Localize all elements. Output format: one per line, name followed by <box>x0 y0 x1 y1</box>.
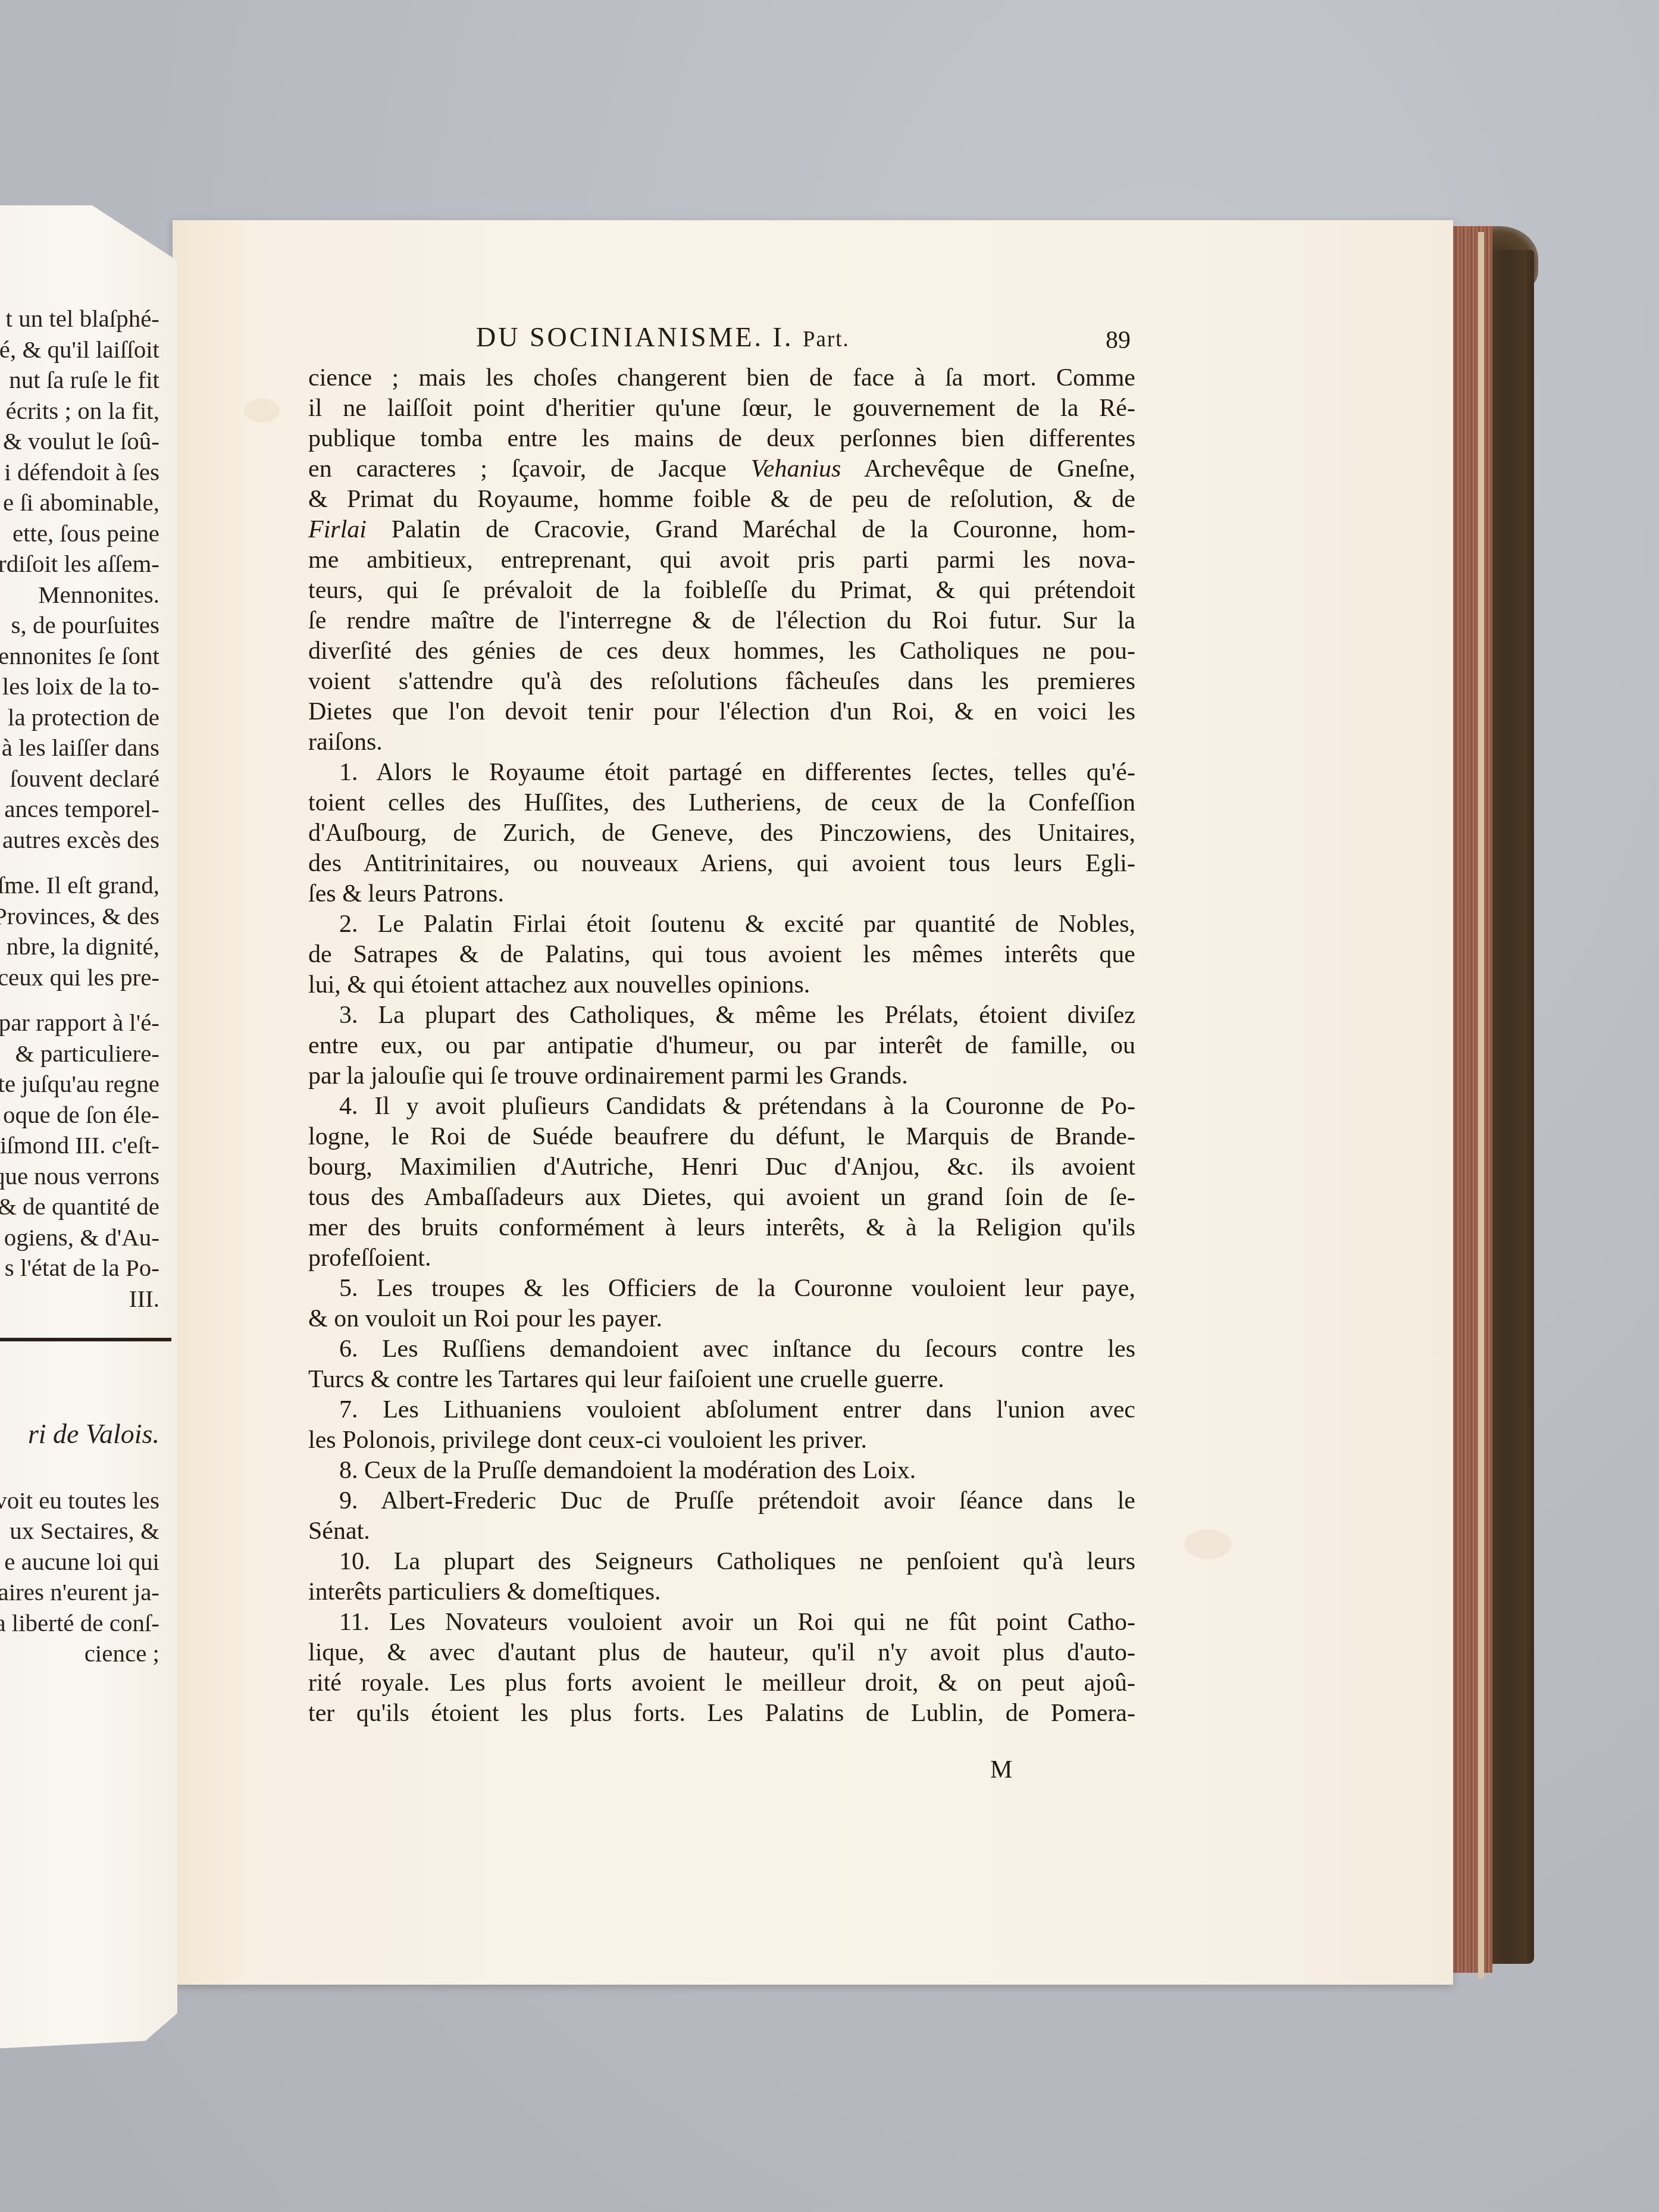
text-line: me ambitieux, entreprenant, qui avoit pr… <box>308 545 1135 575</box>
left-text-line: les loix de la to- <box>0 671 159 702</box>
left-text-line: la protection de <box>0 702 159 733</box>
text-line: & Primat du Royaume, homme foible & de p… <box>308 484 1135 515</box>
left-text-line: ogiens, & d'Au- <box>0 1222 159 1253</box>
left-text-line: & de quantité de <box>0 1191 159 1222</box>
text-line: ter qu'ils étoient les plus forts. Les P… <box>308 1698 1135 1729</box>
left-text-line: voit eu toutes les <box>0 1485 159 1516</box>
left-text-line: i défendoit à ſes <box>0 457 159 488</box>
left-page-text: t un tel blaſphé-é, & qu'il laiſſoitnut … <box>0 304 159 1669</box>
left-text-line: ux Sectaires, & <box>0 1516 159 1547</box>
text-line: tous des Ambaſſadeurs aux Dietes, qui av… <box>308 1182 1135 1213</box>
left-text-line: e aucune loi qui <box>0 1547 159 1578</box>
text-line: 5. Les troupes & les Officiers de la Cou… <box>308 1274 1135 1304</box>
left-text-line: ances temporel- <box>0 794 159 825</box>
body-text: cience ; mais les choſes changerent bien… <box>308 363 1135 1729</box>
book-binding <box>1488 250 1534 1964</box>
text-line: 4. Il y avoit pluſieurs Candidats & prét… <box>308 1091 1135 1122</box>
text-line: 9. Albert-Frederic Duc de Pruſſe prétend… <box>308 1486 1135 1516</box>
left-text-line: s écrits ; on la fit, <box>0 396 159 427</box>
left-text-line <box>0 855 159 870</box>
text-line: 3. La plupart des Catholiques, & même le… <box>308 1000 1135 1031</box>
left-text-line: que nous verrons <box>0 1161 159 1192</box>
left-text-line: & voulut le ſoû- <box>0 426 159 457</box>
text-line: 8. Ceux de la Pruſſe demandoient la modé… <box>308 1456 1135 1486</box>
text-line: ſe rendre maître de l'interregne & de l'… <box>308 606 1135 636</box>
text-line: par la jalouſie qui ſe trouve ordinairem… <box>308 1061 1135 1091</box>
left-text-line: & particuliere- <box>0 1038 159 1069</box>
text-line: de Satrapes & de Palatins, qui tous avoi… <box>308 940 1135 970</box>
text-line: raiſons. <box>308 727 1135 758</box>
text-line: Turcs & contre les Tartares qui leur fai… <box>308 1365 1135 1395</box>
text-line: lui, & qui étoient attachez aux nouvelle… <box>308 970 1135 1000</box>
text-line: 7. Les Lithuaniens vouloient abſolument … <box>308 1395 1135 1425</box>
left-text-line: é, & qu'il laiſſoit <box>0 334 159 365</box>
text-line: les Polonois, privilege dont ceux-ci vou… <box>308 1425 1135 1456</box>
left-text-line: t un tel blaſphé- <box>0 304 159 334</box>
left-text-line: la liberté de conſ- <box>0 1608 159 1639</box>
text-line: 10. La plupart des Seigneurs Catholiques… <box>308 1547 1135 1577</box>
text-line: il ne laiſſoit point d'heritier qu'une ſ… <box>308 393 1135 424</box>
left-text-line: Mennonites. <box>0 580 159 611</box>
left-text-line: ſme. Il eſt grand, <box>0 870 159 901</box>
italic-name: Firlai <box>308 516 367 543</box>
italic-name: Vehanius <box>751 455 841 483</box>
text-line: interêts particuliers & domeſtiques. <box>308 1577 1135 1607</box>
text-line: teurs, qui ſe prévaloit de la foibleſſe … <box>308 575 1135 606</box>
page-block-edges <box>1452 226 1492 1973</box>
text-line: Sénat. <box>308 1516 1135 1547</box>
text-line: bourg, Maximilien d'Autriche, Henri Duc … <box>308 1152 1135 1182</box>
text-line: toient celles des Huſſites, des Lutherie… <box>308 788 1135 818</box>
left-text-line: aires n'eurent ja- <box>0 1577 159 1608</box>
text-line: lique, & avec d'autant plus de hauteur, … <box>308 1638 1135 1668</box>
left-text-line: par rapport à l'é- <box>0 1008 159 1038</box>
text-line: des Antitrinitaires, ou nouveaux Ariens,… <box>308 849 1135 879</box>
text-line: publique tomba entre les mains de deux p… <box>308 424 1135 454</box>
text-line: Firlai Palatin de Cracovie, Grand Maréch… <box>308 515 1135 545</box>
text-line: profeſſoient. <box>308 1243 1135 1274</box>
left-text-line <box>0 993 159 1008</box>
text-line: cience ; mais les choſes changerent bien… <box>308 363 1135 393</box>
text-line: rité royale. Les plus forts avoient le m… <box>308 1668 1135 1698</box>
text-line: 2. Le Palatin Firlai étoit ſoutenu & exc… <box>308 909 1135 940</box>
text-line: 1. Alors le Royaume étoit partagé en dif… <box>308 758 1135 788</box>
left-text-line: nbre, la dignité, <box>0 931 159 962</box>
text-line: mer des bruits conformément à leurs inte… <box>308 1213 1135 1243</box>
text-line: & on vouloit un Roi pour les payer. <box>308 1304 1135 1334</box>
left-text-line: ette, ſous peine <box>0 518 159 549</box>
running-head: DU SOCINIANISME. I. Part. <box>476 321 850 353</box>
left-text-line: s l'état de la Po- <box>0 1253 159 1284</box>
left-text-line: Provinces, & des <box>0 901 159 932</box>
signature-mark: M <box>990 1756 1012 1784</box>
foxing-spot <box>1184 1529 1232 1559</box>
text-line: en caracteres ; ſçavoir, de Jacque Vehan… <box>308 454 1135 484</box>
left-text-line: nut ſa ruſe le fit <box>0 365 159 396</box>
left-text-line: ſouvent declaré <box>0 764 159 794</box>
left-text-line: oque de ſon éle- <box>0 1100 159 1131</box>
text-line: logne, le Roi de Suéde beaufrere du défu… <box>308 1122 1135 1152</box>
left-text-line: autres excès des <box>0 825 159 856</box>
left-text-line: ennonites ſe ſont <box>0 641 159 672</box>
left-page: t un tel blaſphé-é, & qu'il laiſſoitnut … <box>0 205 177 2050</box>
text-line: voient s'attendre qu'à des reſolutions f… <box>308 667 1135 697</box>
section-heading: ri de Valois. <box>0 1419 159 1450</box>
text-line: 6. Les Ruſſiens demandoient avec inſtanc… <box>308 1334 1135 1365</box>
running-head-title: DU SOCINIANISME. I. <box>476 322 793 352</box>
running-head-part: Part. <box>803 327 850 352</box>
left-text-line: e ſi abominable, <box>0 487 159 518</box>
text-line: diverſité des génies de ces deux hommes,… <box>308 636 1135 667</box>
left-text-line: à les laiſſer dans <box>0 733 159 764</box>
left-text-line: iſmond III. c'eſt- <box>0 1130 159 1161</box>
page-number: 89 <box>1106 326 1131 355</box>
text-line: ſes & leurs Patrons. <box>308 879 1135 909</box>
left-text-line: s, de pourſuites <box>0 610 159 641</box>
left-text-line: ceux qui les pre- <box>0 962 159 993</box>
left-text-line: III. <box>0 1284 159 1315</box>
section-divider-rule <box>0 1338 171 1341</box>
left-text-line: rdiſoit les aſſem- <box>0 549 159 580</box>
text-line: d'Auſbourg, de Zurich, de Geneve, des Pi… <box>308 818 1135 849</box>
left-text-line: ſte juſqu'au regne <box>0 1069 159 1100</box>
text-line: entre eux, ou par antipatie d'humeur, ou… <box>308 1031 1135 1061</box>
text-line: Dietes que l'on devoit tenir pour l'élec… <box>308 697 1135 727</box>
foxing-spot <box>244 399 280 423</box>
text-line: 11. Les Novateurs vouloient avoir un Roi… <box>308 1607 1135 1638</box>
left-text-line: cience ; <box>0 1638 159 1669</box>
